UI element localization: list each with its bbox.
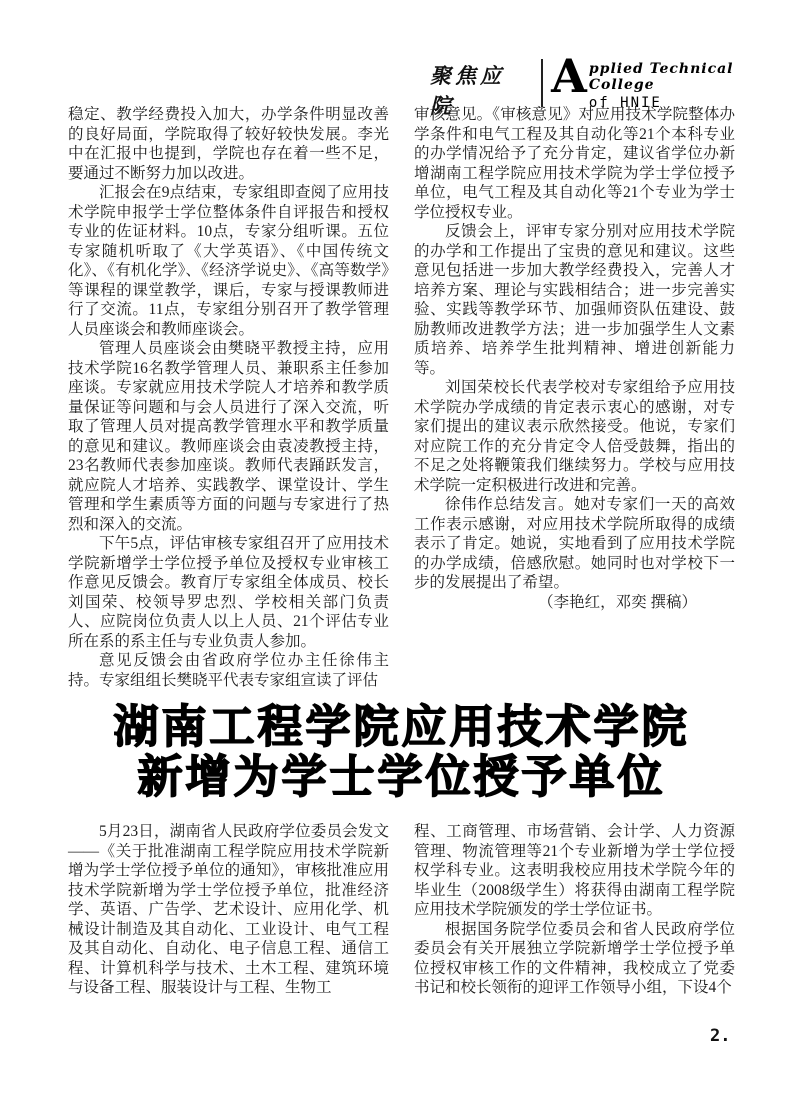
paragraph: 徐伟作总结发言。她对专家们一天的高效工作表示感谢，对应用技术学院所取得的成绩表示…: [414, 495, 735, 593]
header-divider: [541, 59, 543, 107]
article1-right-column: 审核意见。《审核意见》对应用技术学院整体办学条件和电气工程及其自动化等21个本科…: [414, 105, 735, 690]
paragraph: 刘国荣校长代表学校对专家组给予应用技术学院办学成绩的肯定表示衷心的感谢，对专家们…: [414, 378, 735, 495]
paragraph: 根据国务院学位委员会和省人民政府学位委员会有关开展独立学院新增学士学位授予单位授…: [414, 920, 735, 998]
headline-line2: 新增为学士学位授予单位: [137, 750, 665, 803]
article1-columns: 稳定、教学经费投入加大，办学条件明显改善的良好局面，学院取得了较好较快发展。李光…: [68, 105, 735, 690]
article2-columns: 5月23日，湖南省人民政府学位委员会发文——《关于批准湖南工程学院应用技术学院新…: [68, 822, 735, 998]
headline-line1: 湖南工程学院应用技术学院: [113, 700, 689, 753]
article1-left-column: 稳定、教学经费投入加大，办学条件明显改善的良好局面，学院取得了较好较快发展。李光…: [68, 105, 389, 690]
paragraph: 反馈会上，评审专家分别对应用技术学院的办学和工作提出了宝贵的意见和建议。这些意见…: [414, 222, 735, 378]
byline: （李艳红，邓奕 撰稿）: [414, 593, 735, 613]
paragraph: 5月23日，湖南省人民政府学位委员会发文——《关于批准湖南工程学院应用技术学院新…: [68, 822, 389, 998]
college-logo: A pplied Technical College of HNIE: [551, 55, 803, 111]
magazine-page: 聚焦应院 A pplied Technical College of HNIE …: [0, 0, 803, 1098]
article2-headline: 湖南工程学院应用技术学院新增为学士学位授予单位: [0, 702, 803, 802]
page-header: 聚焦应院 A pplied Technical College of HNIE: [430, 56, 803, 110]
logo-initial-letter: A: [551, 55, 587, 97]
paragraph: 意见反馈会由省政府学位办主任徐伟主持。专家组组长樊晓平代表专家组宣读了评估: [68, 651, 389, 690]
article2-right-column: 程、工商管理、市场营销、会计学、人力资源管理、物流管理等21个专业新增为学士学位…: [414, 822, 735, 998]
paragraph: 汇报会在9点结束，专家组即查阅了应用技术学院申报学士学位整体条件自评报告和授权专…: [68, 183, 389, 339]
logo-script-line: pplied Technical College: [589, 55, 803, 93]
article2-left-column: 5月23日，湖南省人民政府学位委员会发文——《关于批准湖南工程学院应用技术学院新…: [68, 822, 389, 998]
paragraph: 稳定、教学经费投入加大，办学条件明显改善的良好局面，学院取得了较好较快发展。李光…: [68, 105, 389, 183]
paragraph: 审核意见。《审核意见》对应用技术学院整体办学条件和电气工程及其自动化等21个本科…: [414, 105, 735, 222]
paragraph: 管理人员座谈会由樊晓平教授主持，应用技术学院16名教学管理人员、兼职系主任参加座…: [68, 339, 389, 534]
page-number: 2.: [710, 1026, 730, 1046]
paragraph: 程、工商管理、市场营销、会计学、人力资源管理、物流管理等21个专业新增为学士学位…: [414, 822, 735, 920]
article1-right-paragraphs: 审核意见。《审核意见》对应用技术学院整体办学条件和电气工程及其自动化等21个本科…: [414, 105, 735, 593]
logo-text: pplied Technical College of HNIE: [589, 55, 803, 111]
paragraph: 下午5点，评估审核专家组召开了应用技术学院新增学士学位授予单位及授权专业审核工作…: [68, 534, 389, 651]
